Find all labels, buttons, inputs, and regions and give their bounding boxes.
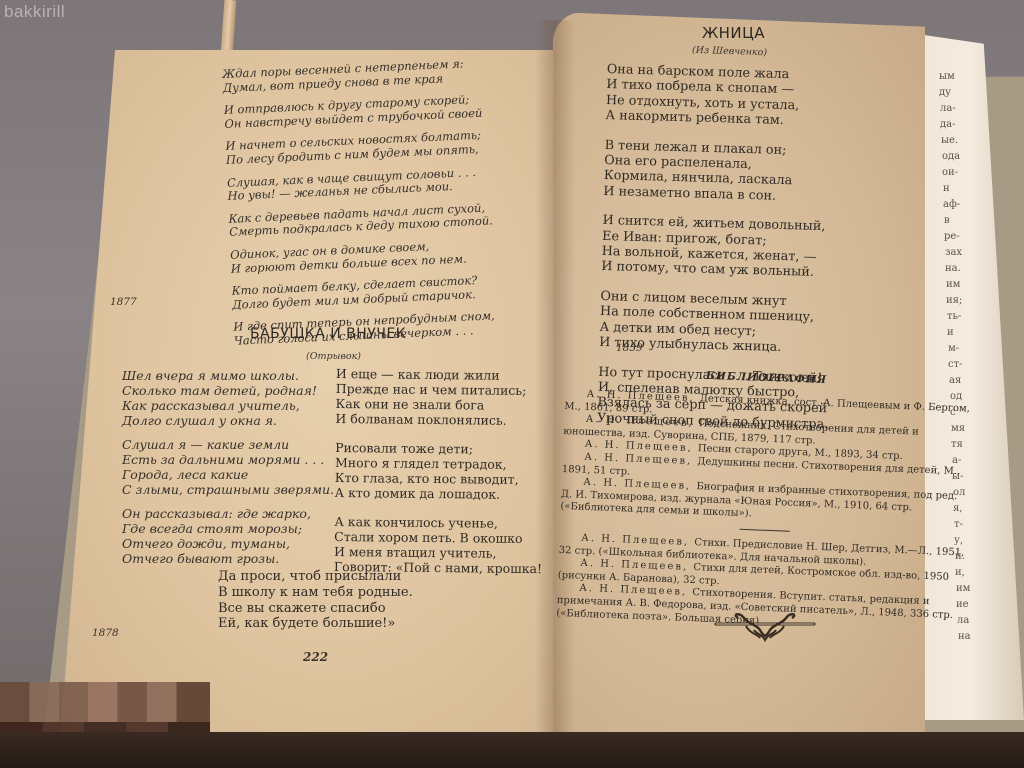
verse-line: Слушал я — какие земли bbox=[122, 437, 334, 452]
verse-line: Долго слушал у окна я. bbox=[122, 413, 334, 428]
right-poem-text: Она на барском поле жалаИ тихо побрела к… bbox=[596, 62, 838, 446]
poem-1-text: Ждал поры весенней с нетерпеньем я:Думал… bbox=[222, 56, 498, 357]
right-poem-year: 1859 bbox=[616, 342, 643, 354]
stanza: Да проси, чтоб присылалиВ школу к нам те… bbox=[218, 569, 413, 632]
verse-line: Ей, как будете большие!» bbox=[218, 616, 413, 632]
back-page-fragment: ая bbox=[949, 374, 961, 387]
stanza: Она на барском поле жалаИ тихо побрела к… bbox=[605, 62, 838, 130]
stanza: Рисовали тоже дети;Много я глядел тетрад… bbox=[335, 440, 544, 502]
back-page-fragment: ия; bbox=[946, 294, 962, 307]
back-page-fragment: ым bbox=[939, 70, 955, 83]
back-page-fragment: зах bbox=[945, 246, 962, 259]
ornament-icon bbox=[710, 612, 820, 642]
back-page-fragment: ть- bbox=[947, 310, 961, 323]
stanza: И отправлюсь к другу старому скорей;Он н… bbox=[224, 93, 489, 132]
back-page-fragment: в bbox=[944, 214, 950, 227]
stanza: Слушая, как в чаще свищут соловьи . . .Н… bbox=[227, 165, 492, 204]
verse-line: С злыми, страшными зверями. bbox=[122, 482, 334, 497]
verse-line: Шел вчера я мимо школы. bbox=[122, 368, 334, 383]
back-page-fragment: ст- bbox=[948, 358, 963, 371]
verse-line: Как рассказывал учитель, bbox=[122, 398, 334, 413]
poem-2-column-right: И еще — как люди жилиПрежде нас и чем пи… bbox=[334, 366, 545, 590]
back-page-fragment: н bbox=[943, 182, 950, 195]
stanza: И начнет о сельских новостях болтать;По … bbox=[225, 129, 490, 168]
verse-line: Города, леса какие bbox=[122, 467, 334, 482]
poem-1-year: 1877 bbox=[110, 296, 137, 308]
stanza: И еще — как люди жилиПрежде нас и чем пи… bbox=[335, 366, 544, 428]
stanza: Он рассказывал: где жарко,Где всегда сто… bbox=[122, 506, 334, 566]
stanza: Шел вчера я мимо школы.Сколько там детей… bbox=[122, 368, 334, 428]
verse-line: Где всегда стоят морозы; bbox=[122, 521, 334, 536]
back-page-fragment: и bbox=[947, 326, 954, 339]
verse-line: Да проси, чтоб присылали bbox=[218, 569, 413, 585]
back-page-fragment: ла- bbox=[940, 102, 956, 115]
verse-line: И болванам поклонялись. bbox=[335, 411, 543, 428]
verse-line: Отчего дожди, туманы, bbox=[122, 536, 334, 551]
stanza: Как с деревьев падать начал лист сухой,С… bbox=[228, 201, 493, 240]
back-page-fragment: на. bbox=[945, 262, 961, 275]
verse-line: Есть за дальними морями . . . bbox=[122, 452, 334, 467]
verse-line: Все вы скажете спасибо bbox=[218, 601, 413, 617]
back-page-fragment: ые. bbox=[941, 134, 958, 147]
back-page-fragment: ода bbox=[942, 150, 960, 163]
stanza: Слушал я — какие землиЕсть за дальними м… bbox=[122, 437, 334, 497]
verse-line: Он рассказывал: где жарко, bbox=[122, 506, 334, 521]
back-page-fragment: ои- bbox=[942, 166, 958, 179]
stanza: И снится ей, житьем довольный,Ее Иван: п… bbox=[601, 213, 834, 281]
watermark: bakkirill bbox=[4, 2, 65, 22]
back-page-fragment: м- bbox=[948, 342, 959, 355]
poem-2-year: 1878 bbox=[92, 627, 119, 639]
stanza: Одинок, угас он в домике своем,И горюют … bbox=[230, 237, 495, 276]
back-page-fragment: аф- bbox=[943, 198, 960, 211]
divider bbox=[740, 529, 790, 532]
back-page-fragment: да- bbox=[940, 118, 956, 131]
back-page-fragment: ду bbox=[939, 86, 951, 99]
poem-2-subtitle: (Отрывок) bbox=[306, 351, 361, 362]
back-page-fragment: им bbox=[946, 278, 960, 291]
poem-2-title: БАБУШКА И ВНУЧЕК bbox=[250, 326, 406, 342]
verse-line: В школу к нам тебя родные. bbox=[218, 585, 413, 601]
stanza: Кто поймает белку, сделает свисток?Долго… bbox=[231, 273, 496, 312]
back-page-fragment: ре- bbox=[944, 230, 960, 243]
back-page-fragment: од bbox=[950, 390, 962, 403]
bibliography-list: А. Н. Плещеев, Детская книжка, сост. А. … bbox=[556, 388, 975, 636]
verse-line: Сколько там детей, родная! bbox=[122, 383, 334, 398]
poem-2-final-stanza: Да проси, чтоб присылалиВ школу к нам те… bbox=[218, 569, 413, 646]
stanza: В тени лежал и плакал он;Она его распеле… bbox=[603, 138, 836, 206]
page-number: 222 bbox=[303, 650, 328, 664]
table-surface bbox=[0, 732, 1024, 768]
verse-line: А кто домик да лошадок. bbox=[335, 485, 543, 502]
poem-2-column-left: Шел вчера я мимо школы.Сколько там детей… bbox=[122, 368, 334, 575]
stanza: А как кончилось ученье,Стали хором петь.… bbox=[334, 514, 543, 576]
right-poem-title: ЖНИЦА bbox=[702, 24, 765, 42]
verse-line: Отчего бывают грозы. bbox=[122, 551, 334, 566]
